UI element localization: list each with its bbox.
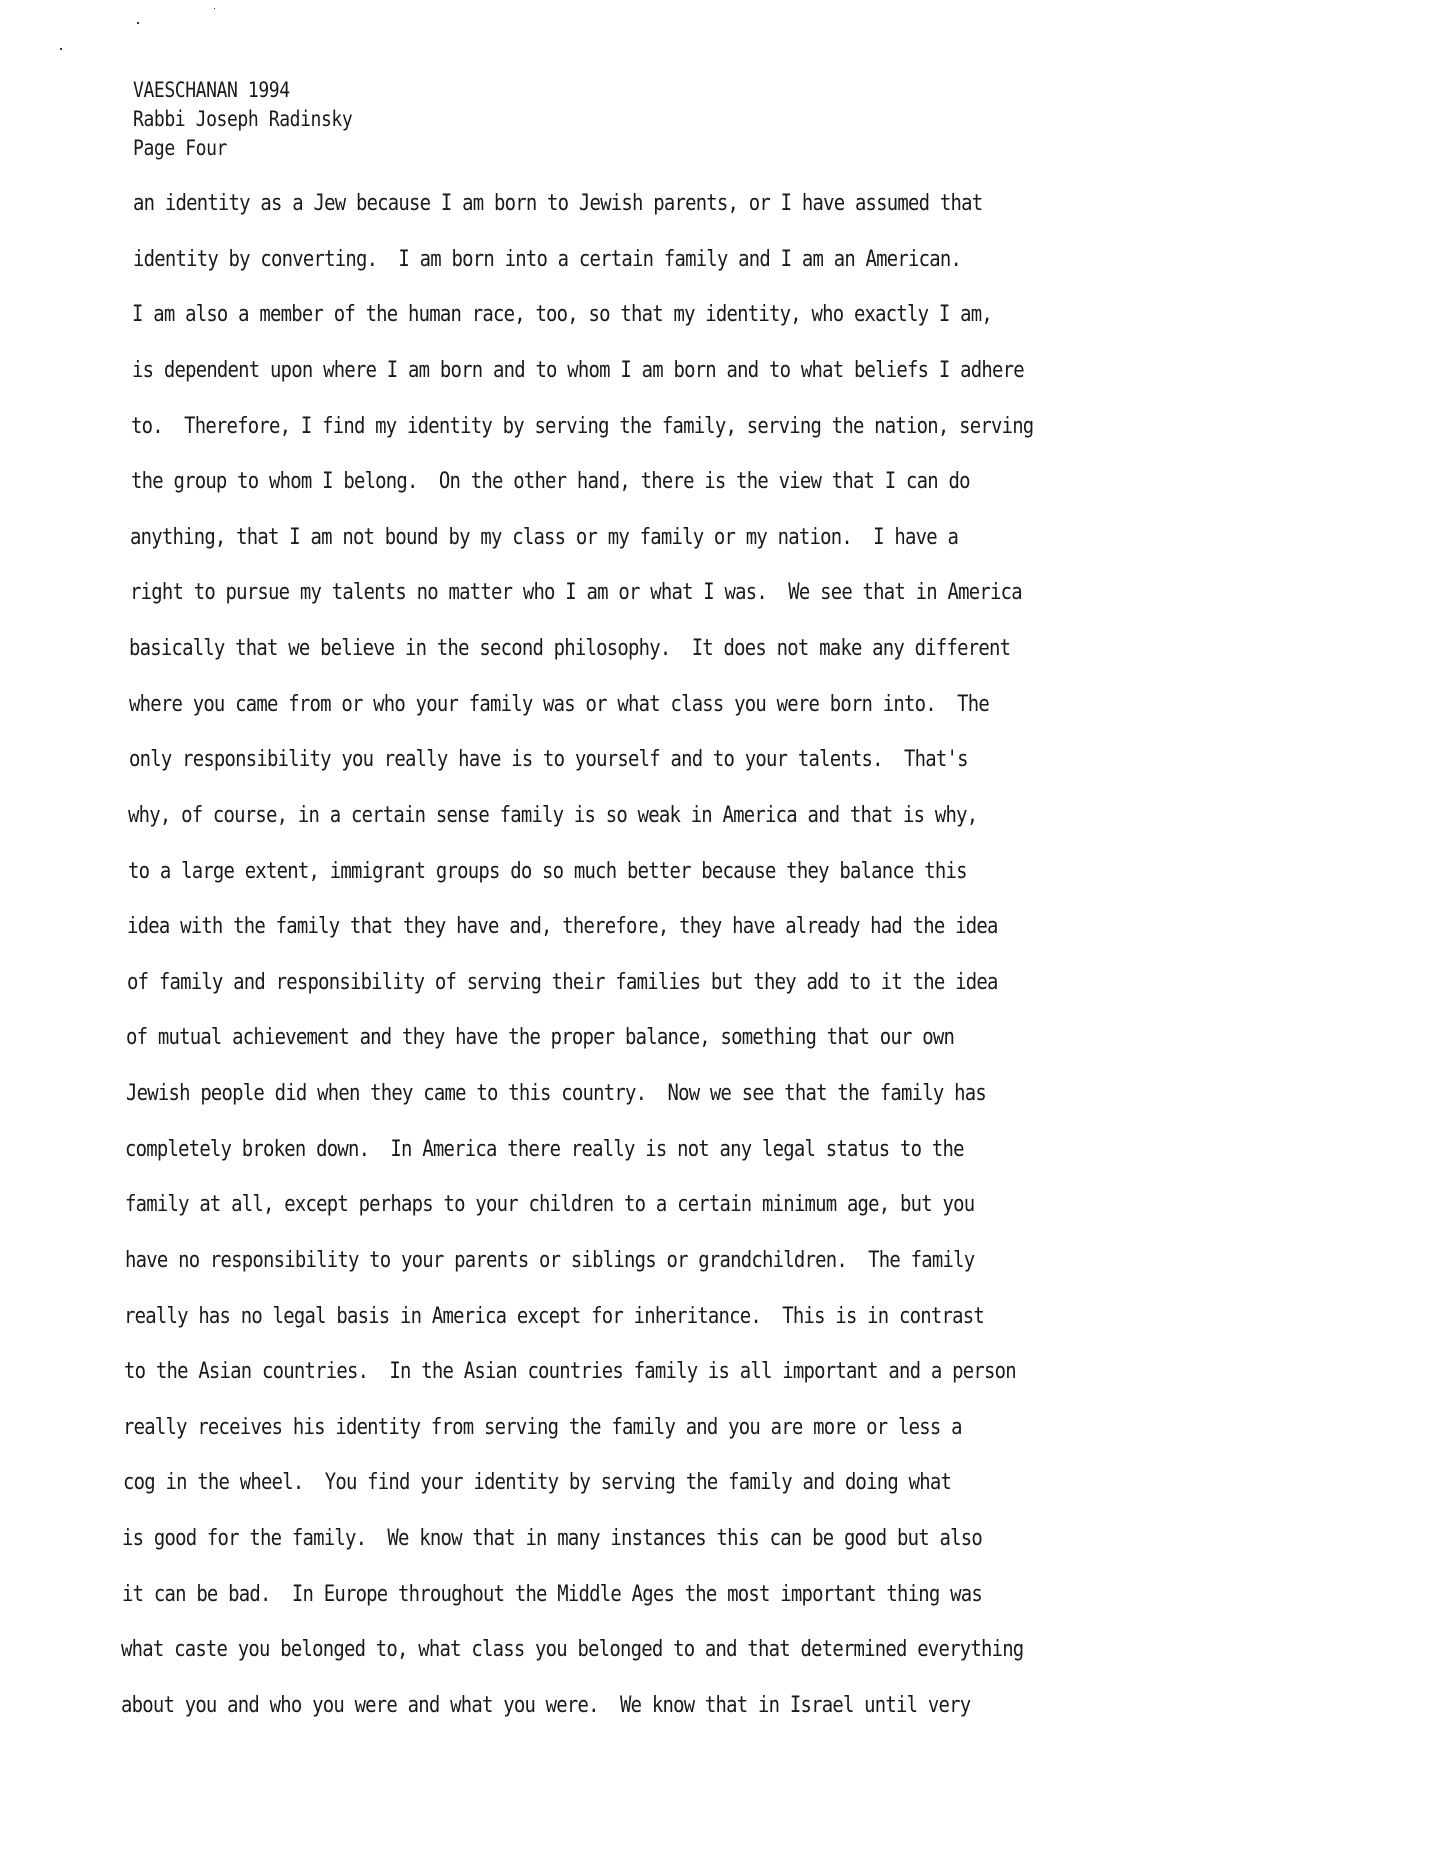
document-header: VAESCHANAN 1994 Rabbi Joseph Radinsky Pa… bbox=[133, 76, 352, 163]
text-line: is good for the family. We know that in … bbox=[122, 1525, 982, 1553]
text-line: anything, that I am not bound by my clas… bbox=[130, 524, 958, 552]
text-line: really has no legal basis in America exc… bbox=[124, 1303, 984, 1331]
text-line: family at all, except perhaps to your ch… bbox=[125, 1191, 974, 1219]
text-line: idea with the family that they have and,… bbox=[127, 913, 998, 941]
text-line: really receives his identity from servin… bbox=[123, 1414, 962, 1442]
text-line: of mutual achievement and they have the … bbox=[126, 1024, 954, 1052]
text-line: Jewish people did when they came to this… bbox=[126, 1080, 986, 1108]
page-label: Page Four bbox=[133, 134, 352, 163]
text-line: to. Therefore, I find my identity by ser… bbox=[131, 413, 1033, 441]
text-line: I am also a member of the human race, to… bbox=[132, 301, 992, 329]
scan-speck bbox=[214, 8, 215, 9]
text-line: about you and who you were and what you … bbox=[121, 1692, 970, 1720]
text-line: what caste you belonged to, what class y… bbox=[121, 1636, 1023, 1664]
text-line: where you came from or who your family w… bbox=[129, 691, 989, 719]
text-line: to a large extent, immigrant groups do s… bbox=[128, 858, 967, 886]
text-line: right to pursue my talents no matter who… bbox=[130, 579, 1022, 607]
text-line: an identity as a Jew because I am born t… bbox=[133, 190, 982, 218]
text-line: have no responsibility to your parents o… bbox=[125, 1247, 974, 1275]
sermon-title: VAESCHANAN 1994 bbox=[133, 76, 352, 105]
scan-speck bbox=[137, 22, 139, 24]
text-line: the group to whom I belong. On the other… bbox=[131, 468, 970, 496]
text-line: it can be bad. In Europe throughout the … bbox=[122, 1581, 982, 1609]
text-line: why, of course, in a certain sense famil… bbox=[128, 802, 977, 830]
text-line: cog in the wheel. You find your identity… bbox=[123, 1469, 951, 1497]
text-line: to the Asian countries. In the Asian cou… bbox=[124, 1358, 1016, 1386]
text-line: completely broken down. In America there… bbox=[125, 1136, 964, 1164]
text-line: of family and responsibility of serving … bbox=[127, 969, 998, 997]
scan-speck bbox=[60, 48, 62, 50]
text-line: basically that we believe in the second … bbox=[129, 635, 1010, 663]
text-line: is dependent upon where I am born and to… bbox=[132, 357, 1024, 385]
text-line: identity by converting. I am born into a… bbox=[133, 246, 961, 274]
text-line: only responsibility you really have is t… bbox=[129, 746, 968, 774]
author-name: Rabbi Joseph Radinsky bbox=[133, 105, 352, 134]
